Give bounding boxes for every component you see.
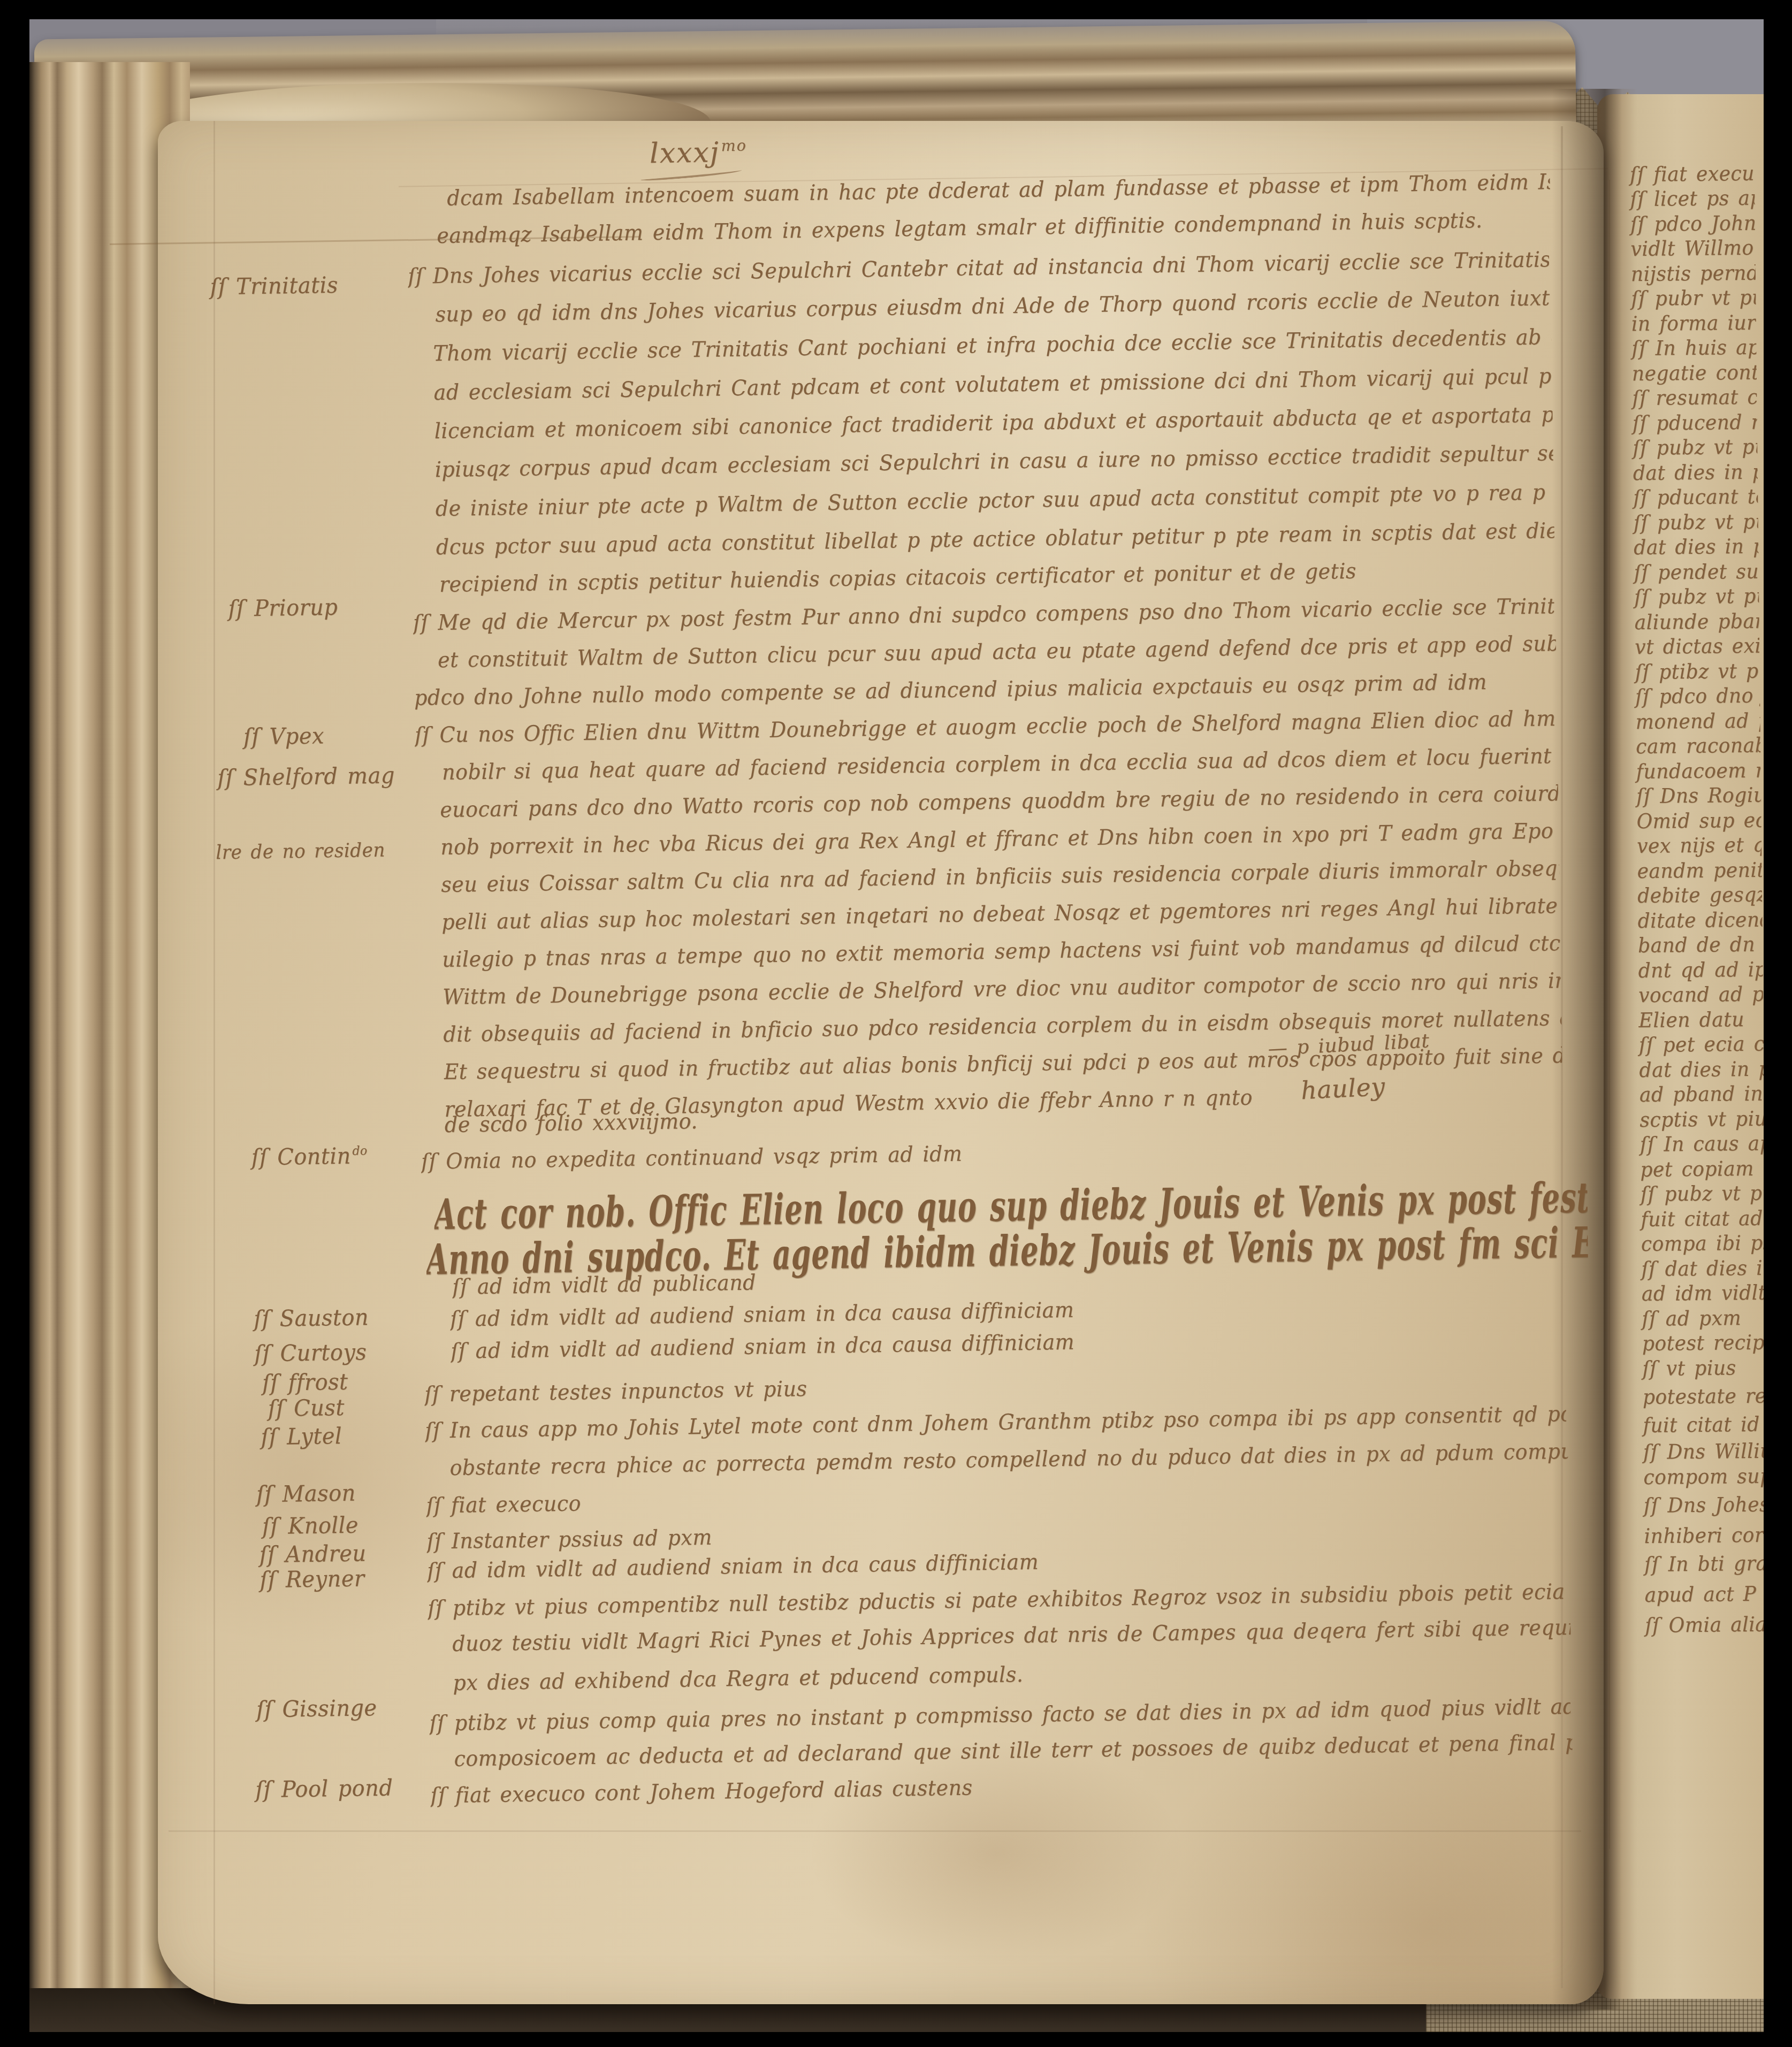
facing-text-line: apud act P o: [1644, 1582, 1764, 1607]
facing-text-line: cam raconabilr: [1636, 733, 1764, 758]
facing-text-line: vt dictas existe: [1635, 633, 1764, 659]
facing-text-line: Elien datu: [1638, 1007, 1744, 1032]
facing-text-line: ſſ dat dies in px: [1641, 1256, 1764, 1281]
manuscript-page: [158, 121, 1604, 2004]
facing-text-line: ſſ In caus app: [1640, 1131, 1764, 1156]
facing-text-line: compa ibi ps: [1641, 1231, 1764, 1256]
facing-text-line: ſſ pubz vt pus co: [1633, 434, 1764, 460]
facing-text-line: ſſ vt pius: [1642, 1356, 1736, 1380]
facing-page-sliver: ſſ fiat execuco cuſſ licet ps applamſſ p…: [1597, 94, 1764, 1999]
facing-text-line: ſſ Dns Rogius 8: [1636, 783, 1764, 808]
facing-text-line: monend ad pso: [1635, 708, 1764, 734]
facing-text-line: compom sup eo: [1643, 1464, 1764, 1489]
facing-text-line: ſſ Dns Willius: [1643, 1439, 1764, 1464]
facing-page-text: ſſ fiat execuco cuſſ licet ps applamſſ p…: [1616, 94, 1764, 1999]
facing-text-line: vocand ad pn: [1638, 982, 1764, 1007]
ruling-line-top: [399, 168, 1608, 187]
facing-text-line: ſſ ad pxm: [1642, 1306, 1741, 1331]
facing-text-line: ſſ Dns Johes mede: [1644, 1492, 1764, 1517]
facing-text-line: ſſ pdco Johne lile: [1630, 211, 1764, 236]
facing-text-line: fuit citat ad: [1641, 1206, 1763, 1231]
facing-text-line: ſſ pendet sub: [1634, 559, 1764, 584]
facing-text-line: ſſ pdco dno Johne: [1635, 683, 1764, 709]
facing-text-line: dnt qd ad ip: [1638, 958, 1764, 983]
facing-text-line: dat dies in px: [1633, 460, 1764, 485]
facing-text-line: ſſ Omia alia ist: [1645, 1612, 1764, 1637]
facing-text-line: dat dies in p: [1634, 534, 1764, 560]
page-crease-vertical: [1561, 126, 1563, 1988]
facing-text-line: ſſ pet ecia comp: [1639, 1032, 1764, 1057]
facing-text-line: nijstis pernd: [1631, 261, 1759, 286]
facing-text-line: band de dn: [1638, 933, 1755, 957]
facing-text-line: vidlt Willmo: [1630, 236, 1754, 261]
facing-text-line: fundacoem npi: [1636, 758, 1764, 783]
facing-text-line: debite gesqz no: [1637, 882, 1764, 907]
photograph: ſſ fiat execuco cuſſ licet ps applamſſ p…: [29, 19, 1764, 2032]
facing-text-line: ſſ pducend resce: [1633, 410, 1764, 435]
facing-text-line: ditate dicend: [1637, 907, 1764, 933]
facing-text-line: ſſ fiat execuco cu: [1630, 161, 1764, 187]
facing-text-line: in forma iuris: [1631, 310, 1764, 335]
facing-text-line: vex nijs et qn: [1637, 832, 1764, 858]
facing-text-line: pet copiam: [1640, 1157, 1754, 1181]
facing-text-line: eandm penitus: [1637, 858, 1764, 883]
facing-text-line: fuit citat id: [1643, 1412, 1760, 1437]
facing-text-line: scptis vt pius: [1640, 1106, 1764, 1132]
facing-text-line: ſſ ptibz vt pus co: [1635, 659, 1764, 684]
facing-text-line: inhiberi coro p: [1644, 1523, 1764, 1548]
facing-text-line: ſſ pubz vt pus: [1641, 1181, 1764, 1206]
page-crease-horizontal: [169, 1830, 1581, 1832]
facing-text-line: Omid sup eo: [1636, 808, 1764, 834]
facing-text-line: ſſ pubr vt pus co: [1631, 285, 1764, 310]
manuscript-photo-canvas: ſſ fiat execuco cuſſ licet ps applamſſ p…: [0, 0, 1792, 2047]
facing-text-line: ad pband in: [1640, 1082, 1764, 1106]
facing-text-line: potest recip: [1642, 1331, 1764, 1355]
facing-text-line: ſſ licet ps applam: [1630, 186, 1764, 211]
facing-text-line: ſſ pubz vt pus co: [1634, 509, 1764, 534]
facing-text-line: aliunde pbari: [1634, 609, 1764, 634]
facing-text-line: ſſ resumat caus: [1632, 385, 1764, 410]
facing-text-line: dat dies in px: [1639, 1057, 1764, 1082]
facing-text-line: ſſ In huis app Ex: [1631, 335, 1764, 360]
page-crease-left: [213, 121, 215, 2004]
facing-text-line: negatie contest: [1632, 360, 1764, 385]
facing-text-line: ſſ pducant test: [1633, 484, 1764, 509]
facing-text-line: potestate recip: [1643, 1384, 1764, 1409]
ruling-line-header: [110, 236, 639, 245]
facing-text-line: ad idm vidlt: [1642, 1281, 1764, 1305]
facing-text-line: ſſ pubz vt pus c: [1634, 584, 1764, 609]
facing-text-line: ſſ In bti graiani: [1644, 1551, 1764, 1576]
